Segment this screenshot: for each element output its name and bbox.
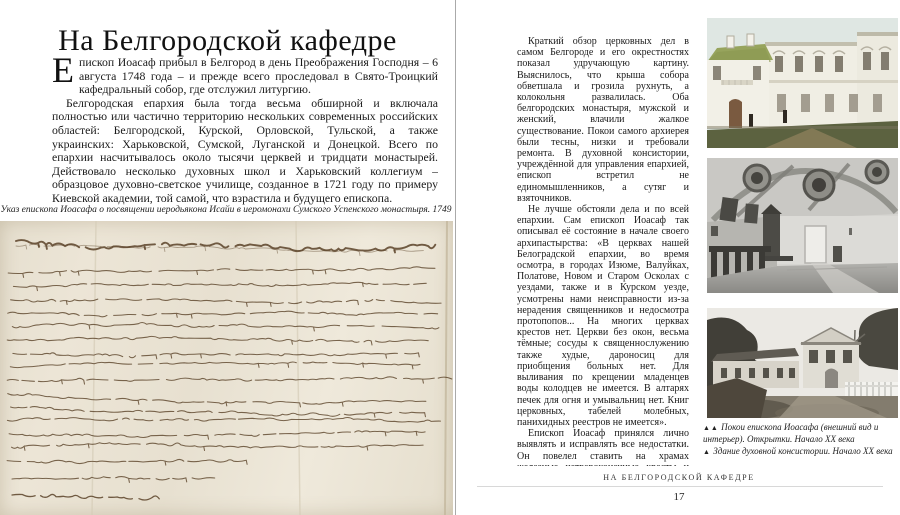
manuscript-caption: Указ епископа Иоасафа о посвящении иерод… (0, 205, 452, 215)
paragraph: Краткий обзор церковных дел в самом Белг… (517, 36, 689, 204)
paragraph: Не лучше обстояли дела и по всей епархии… (517, 204, 689, 428)
left-page-body-text: Епископ Иоасаф прибыл в Белгород в день … (52, 56, 438, 206)
drop-cap: Е (52, 56, 79, 84)
caption-text: Здание духовной консистории. Начало XX в… (713, 446, 892, 456)
page-number: 17 (460, 491, 898, 503)
running-title: НА БЕЛГОРОДСКОЙ КАФЕДРЕ (460, 473, 898, 482)
page-gutter-divider (455, 0, 456, 515)
photo-consistory-building (707, 308, 898, 418)
paragraph: Белгородская епархия была тогда весьма о… (52, 97, 438, 206)
photo-bishop-chambers-interior (707, 158, 898, 293)
caption-text: Покои епископа Иоасафа (внешний вид и ин… (703, 422, 878, 444)
manuscript-handwriting (0, 221, 453, 515)
double-triangle-marker-icon: ▲▲ (703, 424, 719, 432)
chapter-title: На Белгородской кафедре (0, 24, 455, 58)
right-page-body-text: Краткий обзор церковных дел в самом Белг… (517, 36, 689, 466)
manuscript-decree-image (0, 221, 453, 515)
caption-chambers: ▲▲ Покои епископа Иоасафа (внешний вид и… (703, 422, 895, 445)
footer-rule (477, 486, 883, 487)
paragraph-text: пископ Иоасаф прибыл в Белгород в день П… (79, 56, 438, 96)
photo-bishop-chambers-exterior (707, 18, 898, 148)
caption-consistory: ▲ Здание духовной консистории. Начало XX… (703, 446, 895, 458)
paragraph: Епископ Иоасаф прибыл в Белгород в день … (52, 56, 438, 97)
triangle-marker-icon: ▲ (703, 448, 711, 456)
paragraph: Епископ Иоасаф принялся лично выявлять и… (517, 428, 689, 466)
